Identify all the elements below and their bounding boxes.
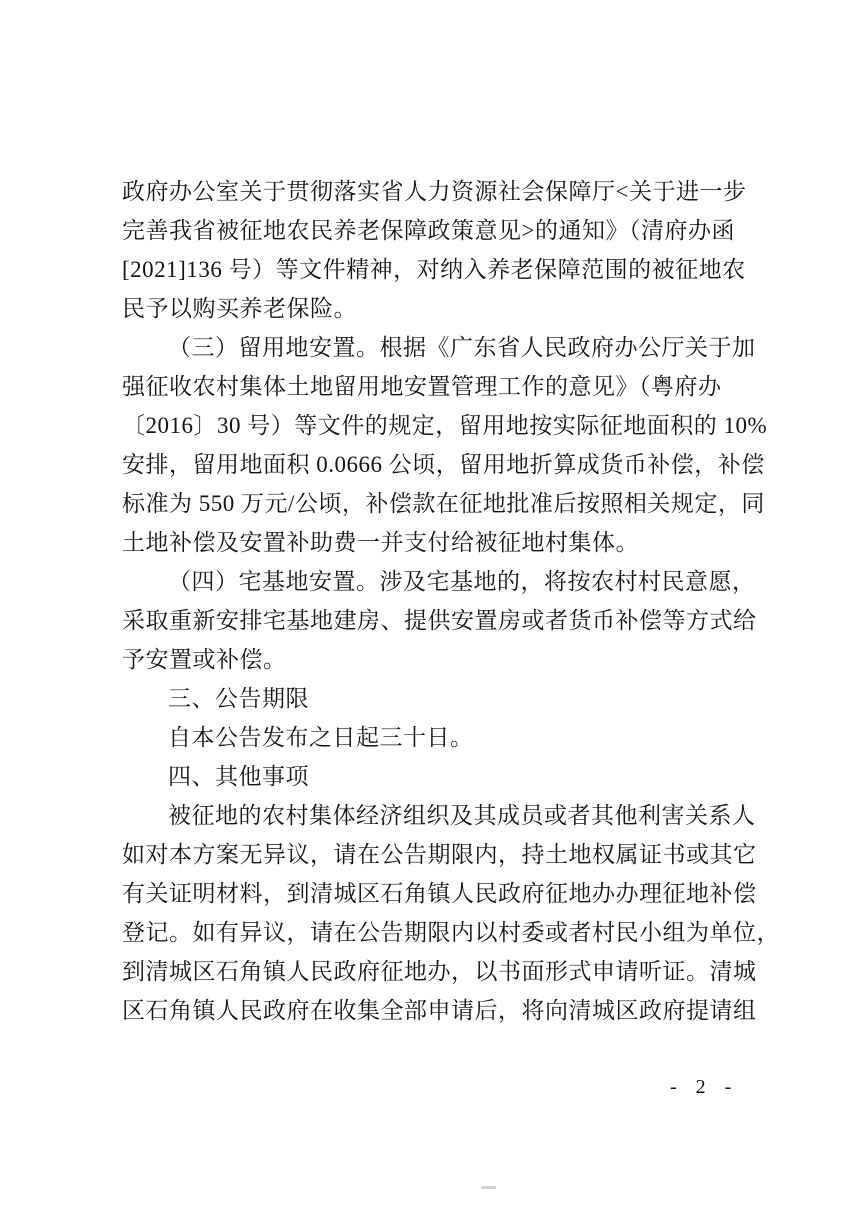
text-line: 〔2016〕30 号）等文件的规定，留用地按实际征地面积的 10%: [122, 406, 734, 445]
text-line: 有关证明材料，到清城区石角镇人民政府征地办办理征地补偿: [122, 874, 734, 913]
text-line: 予安置或补偿。: [122, 640, 734, 679]
text-line: （四）宅基地安置。涉及宅基地的，将按农村村民意愿，: [122, 562, 734, 601]
text-line: （三）留用地安置。根据《广东省人民政府办公厅关于加: [122, 328, 734, 367]
stray-mark: [481, 1186, 496, 1189]
document-page: 政府办公室关于贯彻落实省人力资源社会保障厅<关于进一步完善我省被征地农民养老保障…: [0, 0, 850, 1220]
paragraph: 三、公告期限: [122, 679, 734, 718]
text-line: 民予以购买养老保险。: [122, 289, 734, 328]
text-line: 区石角镇人民政府在收集全部申请后，将向清城区政府提请组: [122, 991, 734, 1030]
page-number: - 2 -: [670, 1076, 730, 1099]
paragraph: （三）留用地安置。根据《广东省人民政府办公厅关于加强征收农村集体土地留用地安置管…: [122, 328, 734, 562]
text-line: 安排，留用地面积 0.0666 公顷，留用地折算成货币补偿，补偿: [122, 445, 734, 484]
text-line: 如对本方案无异议，请在公告期限内，持土地权属证书或其它: [122, 835, 734, 874]
paragraph: （四）宅基地安置。涉及宅基地的，将按农村村民意愿，采取重新安排宅基地建房、提供安…: [122, 562, 734, 679]
text-line: 标准为 550 万元/公顷，补偿款在征地批准后按照相关规定，同: [122, 484, 734, 523]
paragraph: 四、其他事项: [122, 757, 734, 796]
text-line: 土地补偿及安置补助费一并支付给被征地村集体。: [122, 523, 734, 562]
text-line: [2021]136 号）等文件精神，对纳入养老保障范围的被征地农: [122, 250, 734, 289]
text-line: 三、公告期限: [122, 679, 734, 718]
paragraph: 政府办公室关于贯彻落实省人力资源社会保障厅<关于进一步完善我省被征地农民养老保障…: [122, 172, 734, 328]
text-line: 四、其他事项: [122, 757, 734, 796]
text-line: 政府办公室关于贯彻落实省人力资源社会保障厅<关于进一步: [122, 172, 734, 211]
paragraph: 被征地的农村集体经济组织及其成员或者其他利害关系人如对本方案无异议，请在公告期限…: [122, 796, 734, 1030]
text-line: 自本公告发布之日起三十日。: [122, 718, 734, 757]
text-line: 登记。如有异议，请在公告期限内以村委或者村民小组为单位，: [122, 913, 734, 952]
text-line: 完善我省被征地农民养老保障政策意见>的通知》（清府办函: [122, 211, 734, 250]
text-line: 到清城区石角镇人民政府征地办，以书面形式申请听证。清城: [122, 952, 734, 991]
document-body: 政府办公室关于贯彻落实省人力资源社会保障厅<关于进一步完善我省被征地农民养老保障…: [122, 172, 734, 1030]
paragraph: 自本公告发布之日起三十日。: [122, 718, 734, 757]
text-line: 强征收农村集体土地留用地安置管理工作的意见》（粤府办: [122, 367, 734, 406]
text-line: 被征地的农村集体经济组织及其成员或者其他利害关系人: [122, 796, 734, 835]
text-line: 采取重新安排宅基地建房、提供安置房或者货币补偿等方式给: [122, 601, 734, 640]
